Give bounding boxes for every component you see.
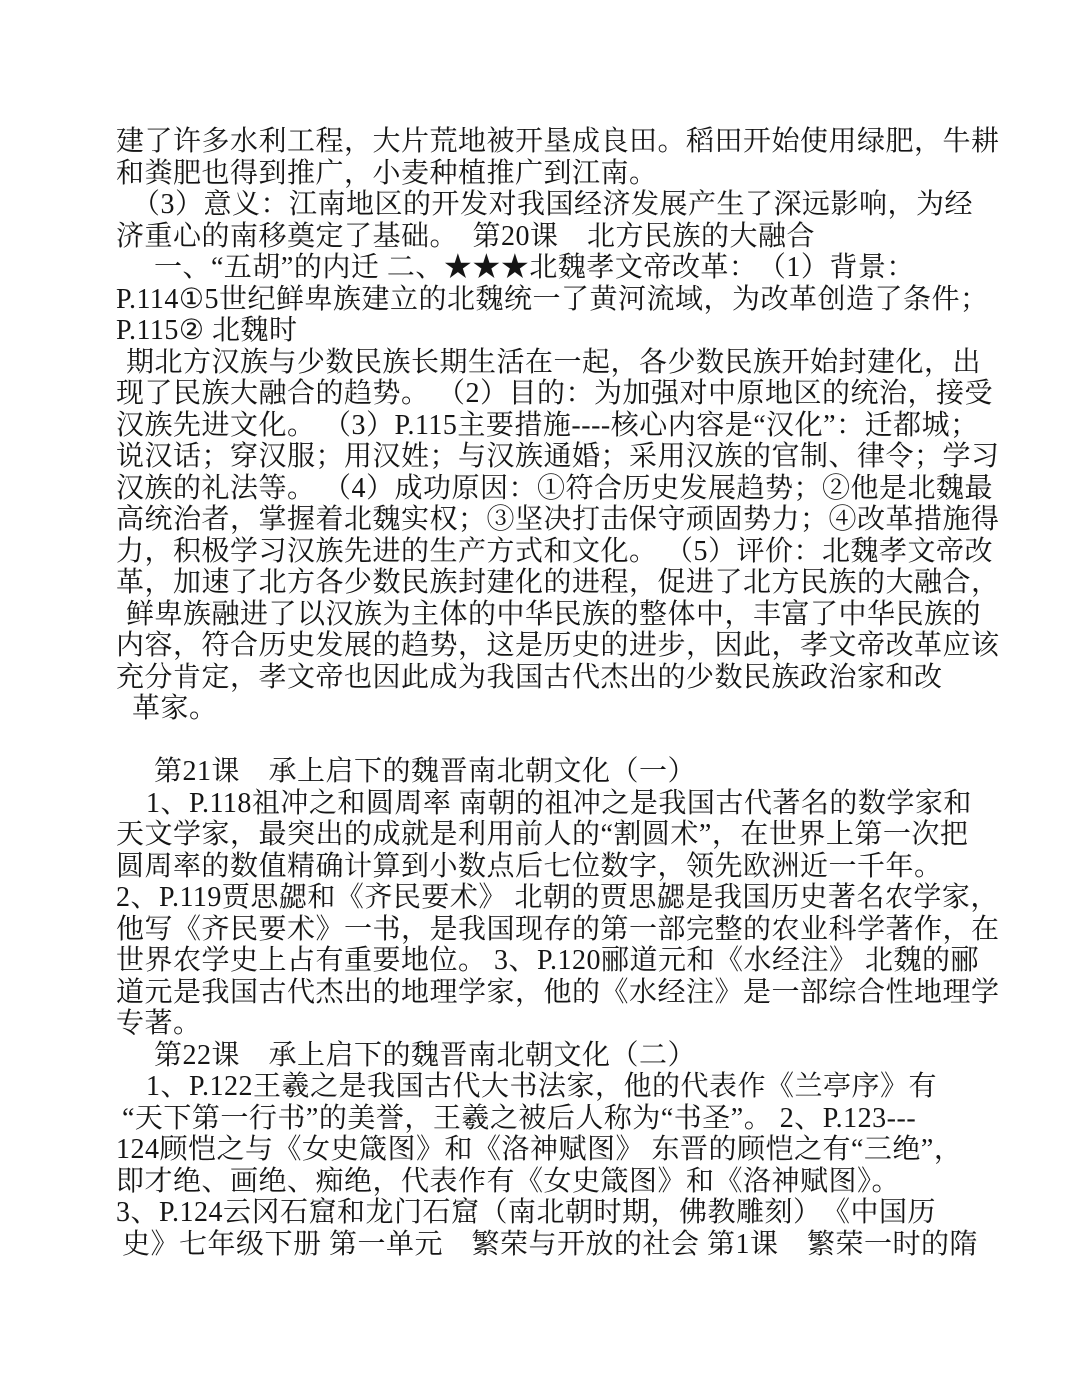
document-page: 建了许多水利工程，大片荒地被开垦成良田。稻田开始使用绿肥，牛耕 和粪肥也得到推广… <box>0 0 1080 1396</box>
section-heading: 第22课 承上启下的魏晋南北朝文化（二） <box>116 1040 980 1072</box>
text-line: 内容，符合历史发展的趋势，这是历史的进步，因此，孝文帝改革应该 <box>116 630 980 662</box>
text-line: 史》七年级下册 第一单元 繁荣与开放的社会 第1课 繁荣一时的隋 <box>116 1229 980 1261</box>
text-line: 专著。 <box>116 1008 980 1040</box>
text-line: 世界农学史上占有重要地位。 3、P.120郦道元和《水经注》 北魏的郦 <box>116 945 980 977</box>
text-line: 一、“五胡”的内迁 二、★★★北魏孝文帝改革： （1）背景： <box>116 252 980 284</box>
text-line: 汉族先进文化。 （3）P.115主要措施----核心内容是“汉化”：迁都城； <box>116 410 980 442</box>
text-line: 3、P.124云冈石窟和龙门石窟（南北朝时期，佛教雕刻） 《中国历 <box>116 1197 980 1229</box>
text-line: 高统治者，掌握着北魏实权；③坚决打击保守顽固势力；④改革措施得 <box>116 504 980 536</box>
text-line: 建了许多水利工程，大片荒地被开垦成良田。稻田开始使用绿肥，牛耕 <box>116 126 980 158</box>
document-text-block: 建了许多水利工程，大片荒地被开垦成良田。稻田开始使用绿肥，牛耕 和粪肥也得到推广… <box>116 126 980 1260</box>
text-line: 鲜卑族融进了以汉族为主体的中华民族的整体中，丰富了中华民族的 <box>116 599 980 631</box>
text-line: （3）意义：江南地区的开发对我国经济发展产生了深远影响，为经 <box>116 189 980 221</box>
text-line: 济重心的南移奠定了基础。 第20课 北方民族的大融合 <box>116 221 980 253</box>
text-line: 充分肯定，孝文帝也因此成为我国古代杰出的少数民族政治家和改 <box>116 662 980 694</box>
text-line: 汉族的礼法等。 （4）成功原因：①符合历史发展趋势；②他是北魏最 <box>116 473 980 505</box>
text-line: 2、P.119贾思勰和《齐民要术》 北朝的贾思勰是我国历史著名农学家， <box>116 882 980 914</box>
text-line: 即才绝、画绝、痴绝，代表作有《女史箴图》和《洛神赋图》。 <box>116 1166 980 1198</box>
text-line: P.115② 北魏时 <box>116 315 980 347</box>
text-line: 他写《齐民要术》一书，是我国现存的第一部完整的农业科学著作，在 <box>116 914 980 946</box>
text-line: 124顾恺之与《女史箴图》和《洛神赋图》 东晋的顾恺之有“三绝”， <box>116 1134 980 1166</box>
text-line: “天下第一行书”的美誉，王羲之被后人称为“书圣”。 2、P.123--- <box>116 1103 980 1135</box>
text-line: 力，积极学习汉族先进的生产方式和文化。 （5）评价：北魏孝文帝改 <box>116 536 980 568</box>
text-line: P.114①5世纪鲜卑族建立的北魏统一了黄河流域，为改革创造了条件； <box>116 284 980 316</box>
text-line: 圆周率的数值精确计算到小数点后七位数字，领先欧洲近一千年。 <box>116 851 980 883</box>
text-line: 天文学家，最突出的成就是利用前人的“割圆术”，在世界上第一次把 <box>116 819 980 851</box>
section-heading: 第21课 承上启下的魏晋南北朝文化（一） <box>116 756 980 788</box>
text-line: 革家。 <box>116 693 980 725</box>
text-line: 说汉话；穿汉服；用汉姓；与汉族通婚；采用汉族的官制、律令；学习 <box>116 441 980 473</box>
text-line: 和粪肥也得到推广，小麦种植推广到江南。 <box>116 158 980 190</box>
text-line: 现了民族大融合的趋势。 （2）目的：为加强对中原地区的统治，接受 <box>116 378 980 410</box>
text-line: 期北方汉族与少数民族长期生活在一起，各少数民族开始封建化，出 <box>116 347 980 379</box>
blank-line <box>116 725 980 757</box>
text-line: 1、P.122王羲之是我国古代大书法家，他的代表作《兰亭序》有 <box>116 1071 980 1103</box>
text-line: 革，加速了北方各少数民族封建化的进程，促进了北方民族的大融合， <box>116 567 980 599</box>
text-line: 道元是我国古代杰出的地理学家，他的《水经注》是一部综合性地理学 <box>116 977 980 1009</box>
text-line: 1、P.118祖冲之和圆周率 南朝的祖冲之是我国古代著名的数学家和 <box>116 788 980 820</box>
